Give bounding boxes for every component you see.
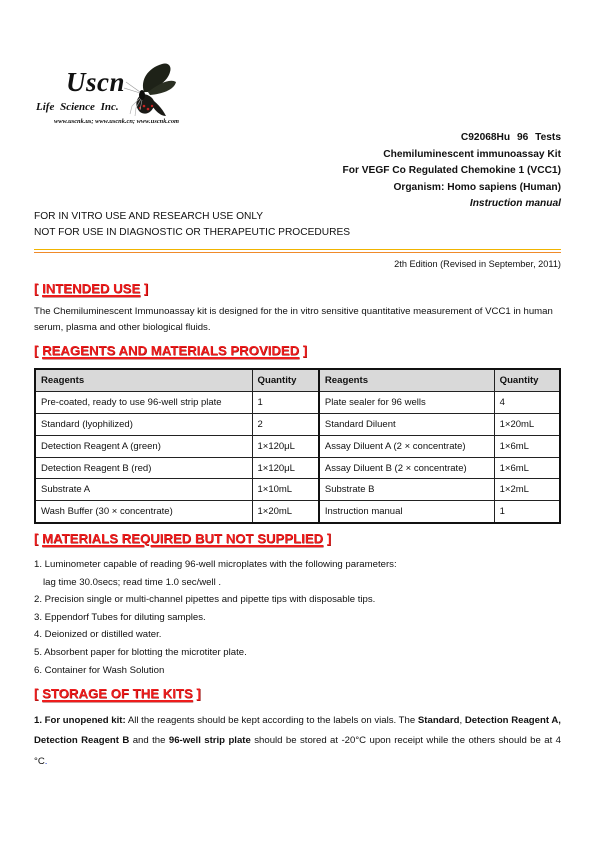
column-header: Quantity [252, 369, 319, 391]
table-row: Substrate A1×10mLSubstrate B1×2mL [35, 479, 560, 501]
reagent-name-cell: Detection Reagent B (red) [35, 457, 252, 479]
table-row: Wash Buffer (30 × concentrate)1×20mLInst… [35, 501, 560, 523]
reagents-table: Reagents Quantity Reagents Quantity Pre-… [34, 368, 561, 524]
reagent-name-cell: Substrate B [319, 479, 494, 501]
reagent-name-cell: Standard (lyophilized) [35, 413, 252, 435]
section-title: REAGENTS AND MATERIALS PROVIDED [42, 343, 299, 358]
reagent-name-cell: Pre-coated, ready to use 96-well strip p… [35, 391, 252, 413]
quantity-cell: 4 [494, 391, 560, 413]
usage-line-1: FOR IN VITRO USE AND RESEARCH USE ONLY [34, 209, 350, 225]
reagent-name-cell: Assay Diluent B (2 × concentrate) [319, 457, 494, 479]
reagent-name-cell: Assay Diluent A (2 × concentrate) [319, 435, 494, 457]
product-title-block: C92068Hu 96 Tests Chemiluminescent immun… [343, 130, 562, 213]
table-row: Standard (lyophilized)2Standard Diluent1… [35, 413, 560, 435]
list-item: 5. Absorbent paper for blotting the micr… [34, 644, 397, 662]
butterfly-icon [118, 62, 176, 118]
section-title: INTENDED USE [42, 281, 140, 296]
table-row: Pre-coated, ready to use 96-well strip p… [35, 391, 560, 413]
storage-paragraph: 1. For unopened kit: All the reagents sh… [34, 711, 561, 772]
logo-brand: Uscn [66, 67, 125, 98]
quantity-cell: 1×10mL [252, 479, 319, 501]
quantity-cell: 1×2mL [494, 479, 560, 501]
storage-text: All the reagents should be kept accordin… [126, 715, 418, 726]
storage-bold: Standard [418, 715, 460, 726]
storage-label: 1. For unopened kit: [34, 715, 126, 726]
bracket-close: ] [140, 281, 148, 296]
reagent-name-cell: Wash Buffer (30 × concentrate) [35, 501, 252, 523]
quantity-cell: 1 [252, 391, 319, 413]
section-heading-intended-use: [ INTENDED USE ] [34, 281, 148, 296]
quantity-cell: 1 [494, 501, 560, 523]
catalog-number: C92068Hu 96 Tests [343, 130, 562, 147]
column-header: Reagents [35, 369, 252, 391]
usage-line-2: NOT FOR USE IN DIAGNOSTIC OR THERAPEUTIC… [34, 225, 350, 241]
column-header: Quantity [494, 369, 560, 391]
kit-target: For VEGF Co Regulated Chemokine 1 (VCC1) [343, 163, 562, 180]
storage-text: and the [129, 735, 169, 746]
logo-urls: www.uscnk.us; www.uscnk.cn; www.uscnk.co… [54, 118, 179, 125]
bracket-open: [ [34, 343, 42, 358]
table-row: Detection Reagent A (green)1×120μLAssay … [35, 435, 560, 457]
edition-note: 2th Edition (Revised in September, 2011) [394, 259, 561, 269]
bracket-close: ] [323, 531, 331, 546]
kit-organism: Organism: Homo sapiens (Human) [343, 180, 562, 197]
quantity-cell: 1×20mL [252, 501, 319, 523]
quantity-cell: 1×120μL [252, 435, 319, 457]
reagent-name-cell: Substrate A [35, 479, 252, 501]
section-heading-reagents: [ REAGENTS AND MATERIALS PROVIDED ] [34, 343, 307, 358]
column-header: Reagents [319, 369, 494, 391]
list-item: 4. Deionized or distilled water. [34, 626, 397, 644]
company-logo: Uscn Life Science Inc. www.uscnk.us; www… [0, 50, 250, 140]
quantity-cell: 2 [252, 413, 319, 435]
section-heading-storage: [ STORAGE OF THE KITS ] [34, 686, 201, 701]
quantity-cell: 1×6mL [494, 457, 560, 479]
list-item: lag time 30.0secs; read time 1.0 sec/wel… [34, 574, 397, 592]
quantity-cell: 1×6mL [494, 435, 560, 457]
document-type: Instruction manual [343, 196, 562, 213]
storage-text-end: . [45, 756, 48, 767]
materials-list: 1. Luminometer capable of reading 96-wel… [34, 556, 397, 679]
section-title: STORAGE OF THE KITS [42, 686, 193, 701]
section-title: MATERIALS REQUIRED BUT NOT SUPPLIED [42, 531, 323, 546]
table-header-row: Reagents Quantity Reagents Quantity [35, 369, 560, 391]
kit-type: Chemiluminescent immunoassay Kit [343, 147, 562, 164]
intended-use-text: The Chemiluminescent Immunoassay kit is … [34, 304, 561, 337]
separator-line [34, 249, 561, 250]
reagent-name-cell: Plate sealer for 96 wells [319, 391, 494, 413]
bracket-open: [ [34, 531, 42, 546]
quantity-cell: 1×120μL [252, 457, 319, 479]
table-row: Detection Reagent B (red)1×120μLAssay Di… [35, 457, 560, 479]
separator-line [34, 252, 561, 253]
storage-bold: 96-well strip plate [169, 735, 251, 746]
logo-subtitle: Life Science Inc. [36, 101, 119, 113]
bracket-close: ] [299, 343, 307, 358]
section-heading-materials: [ MATERIALS REQUIRED BUT NOT SUPPLIED ] [34, 531, 331, 546]
usage-disclaimer: FOR IN VITRO USE AND RESEARCH USE ONLY N… [34, 209, 350, 241]
reagent-name-cell: Detection Reagent A (green) [35, 435, 252, 457]
bracket-close: ] [193, 686, 201, 701]
reagent-name-cell: Standard Diluent [319, 413, 494, 435]
list-item: 1. Luminometer capable of reading 96-wel… [34, 556, 397, 574]
list-item: 6. Container for Wash Solution [34, 662, 397, 680]
reagent-name-cell: Instruction manual [319, 501, 494, 523]
bracket-open: [ [34, 281, 42, 296]
bracket-open: [ [34, 686, 42, 701]
list-item: 3. Eppendorf Tubes for diluting samples. [34, 609, 397, 627]
quantity-cell: 1×20mL [494, 413, 560, 435]
list-item: 2. Precision single or multi-channel pip… [34, 591, 397, 609]
